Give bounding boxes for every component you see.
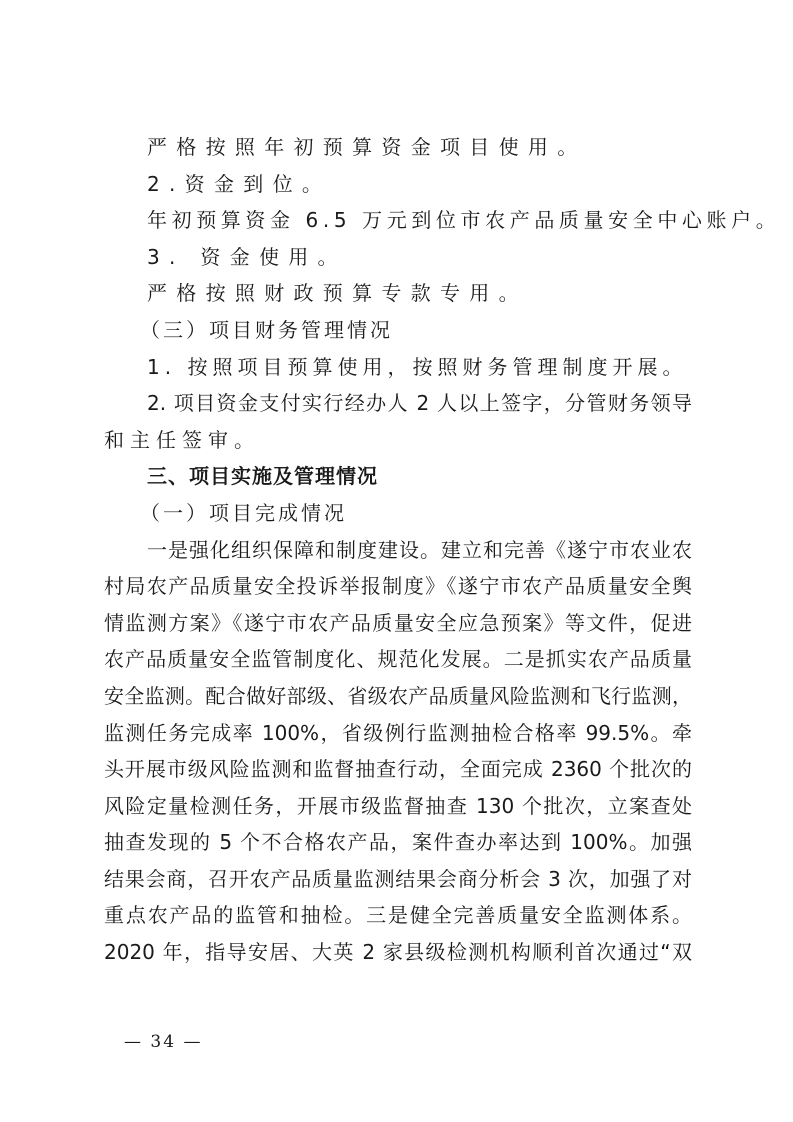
paragraph-line: 监测任务完成率 100%，省级例行监测抽检合格率 99.5%。牵 [104,715,692,752]
paragraph-line: 年初预算资金 6.5 万元到位市农产品质量安全中心账户。 [104,202,692,239]
paragraph-line: 1. 按照项目预算使用，按照财务管理制度开展。 [104,349,692,386]
paragraph-line: 安全监测。配合做好部级、省级农产品质量风险监测和飞行监测， [104,678,692,715]
paragraph-line: 结果会商，召开农产品质量监测结果会商分析会 3 次，加强了对 [104,861,692,898]
paragraph-line: 村局农产品质量安全投诉举报制度》《遂宁市农产品质量安全舆 [104,568,692,605]
section-heading-main: 三、项目实施及管理情况 [104,458,692,495]
section-heading-3: （三）项目财务管理情况 [104,312,692,349]
paragraph-line: 2.资金到位。 [104,166,692,203]
paragraph-line: 农产品质量安全监管制度化、规范化发展。二是抓实农产品质量 [104,641,692,678]
paragraph-line: 严格按照年初预算资金项目使用。 [104,129,692,166]
paragraph-line: 风险定量检测任务，开展市级监督抽查 130 个批次，立案查处 [104,788,692,825]
paragraph-line: 情监测方案》《遂宁市农产品质量安全应急预案》等文件，促进 [104,605,692,642]
paragraph-line: 3. 资金使用。 [104,239,692,276]
paragraph-line: 严格按照财政预算专款专用。 [104,275,692,312]
paragraph-line: 一是强化组织保障和制度建设。建立和完善《遂宁市农业农 [104,532,692,569]
paragraph-line: 头开展市级风险监测和监督抽查行动，全面完成 2360 个批次的 [104,751,692,788]
paragraph-line: 2020 年，指导安居、大英 2 家县级检测机构顺利首次通过“双 [104,934,692,971]
section-heading-sub: （一）项目完成情况 [104,495,692,532]
paragraph-line: 2. 项目资金支付实行经办人 2 人以上签字，分管财务领导 [104,385,692,422]
paragraph-line: 和主任签审。 [104,422,692,459]
document-body: 严格按照年初预算资金项目使用。 2.资金到位。 年初预算资金 6.5 万元到位市… [104,129,692,971]
page-number: — 34 — [124,1032,202,1052]
paragraph-line: 重点农产品的监管和抽检。三是健全完善质量安全监测体系。 [104,897,692,934]
paragraph-line: 抽查发现的 5 个不合格农产品，案件查办率达到 100%。加强 [104,824,692,861]
